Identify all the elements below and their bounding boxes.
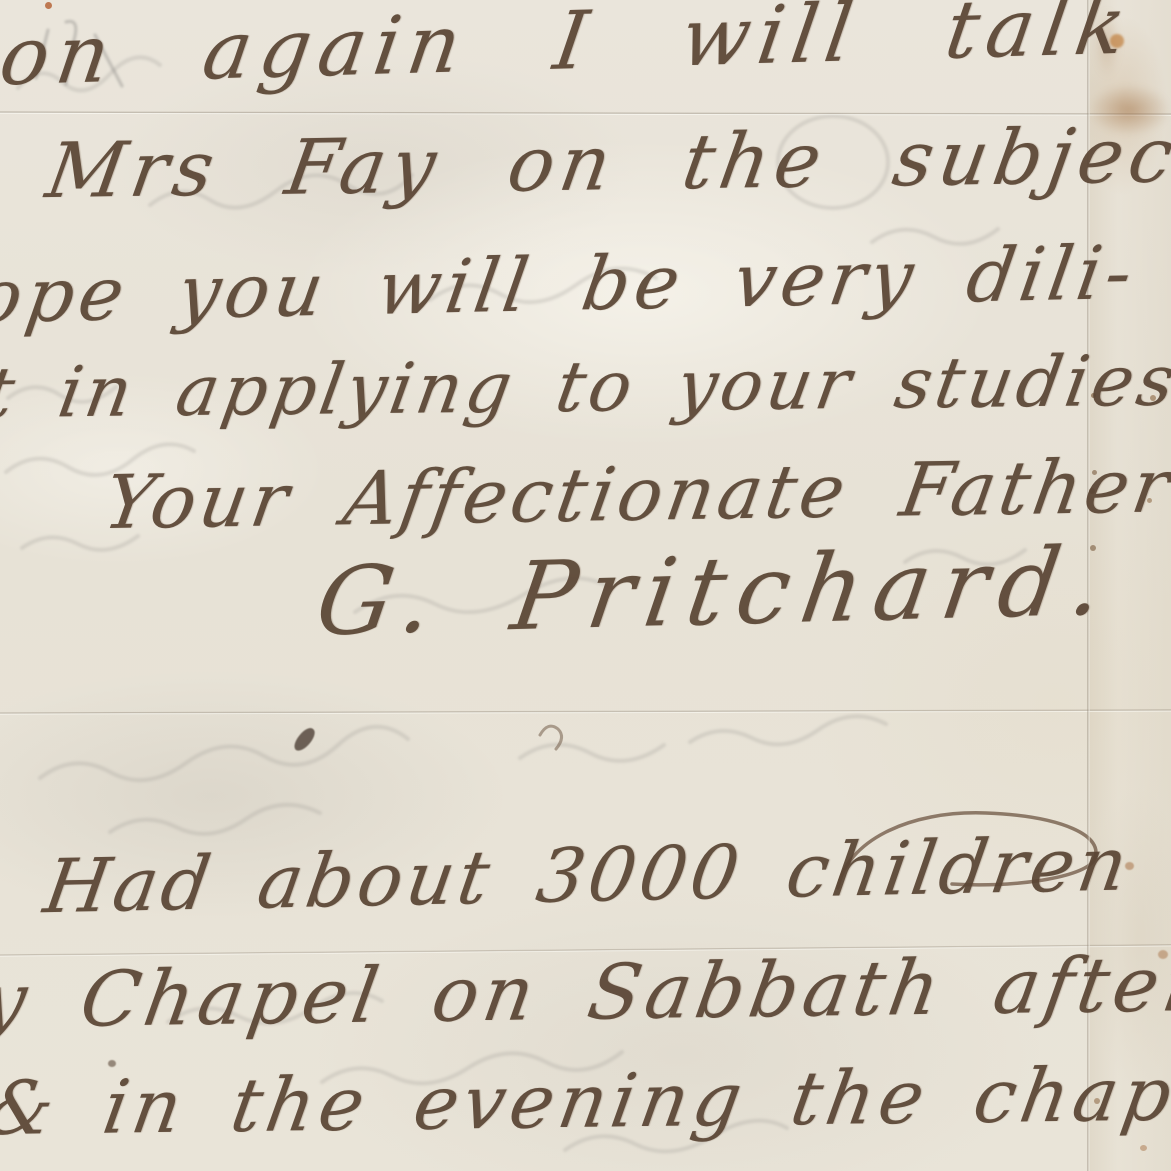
handwriting-line-9: & in the evening the chapel xyxy=(0,1051,1171,1153)
handwriting-line-8: y Chapel on Sabbath after- xyxy=(0,939,1171,1046)
handwriting-line-2: Mrs Fay on the subject. xyxy=(41,109,1171,215)
handwriting-line-6: G. Pritchard. xyxy=(310,527,1122,657)
letter-scan: on again I will talkMrs Fay on the subje… xyxy=(0,0,1171,1171)
handwriting-line-4: t in applying to your studies. xyxy=(0,339,1171,434)
